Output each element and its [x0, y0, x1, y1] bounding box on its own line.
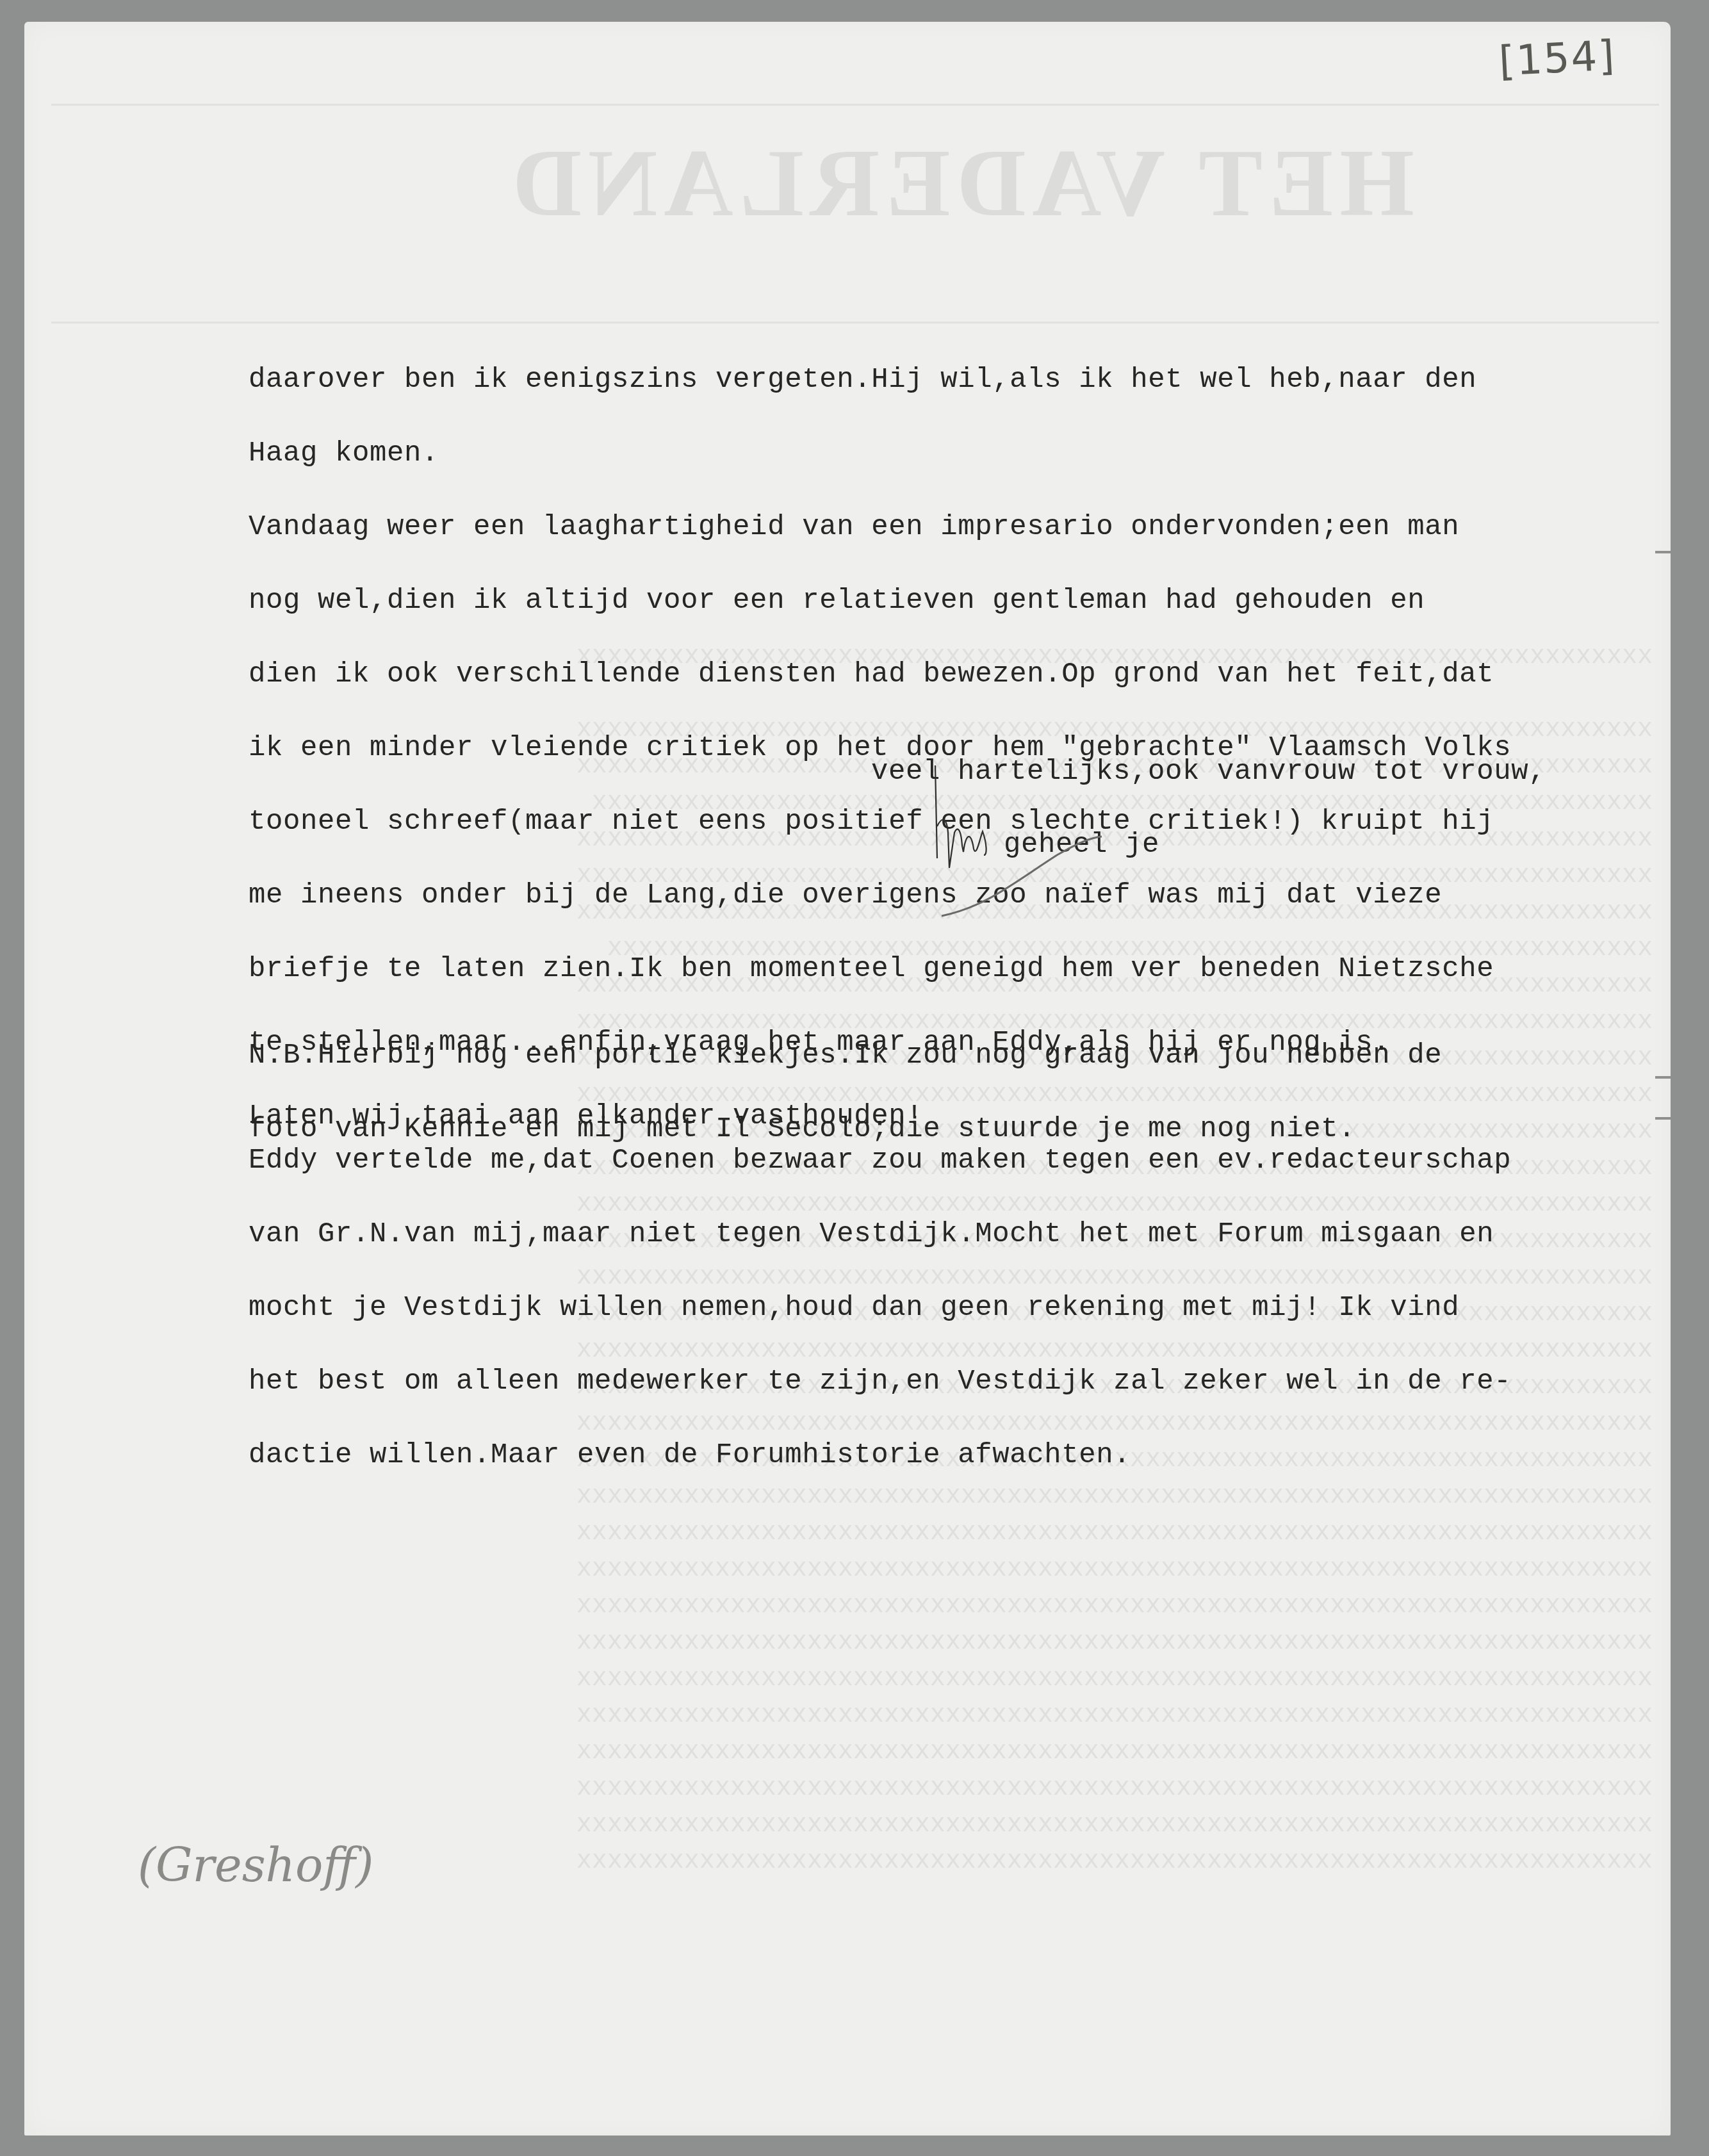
text-line: van Gr.N.van mij,maar niet tegen Vestdij… — [249, 1216, 1511, 1254]
postscript-forum-paragraph: Eddy vertelde me,dat Coenen bezwaar zou … — [249, 1106, 1511, 1511]
text-line: N.B.Hierbij nog een portie kiekjes.Ik zo… — [249, 1038, 1442, 1075]
paper-tear — [1655, 1117, 1674, 1120]
text-line: dien ik ook verschillende diensten had b… — [249, 657, 1511, 694]
text-line: Haag komen. — [249, 436, 1511, 473]
text-line: Vandaag weer een laaghartigheid van een … — [249, 509, 1511, 546]
handwritten-signature — [916, 756, 1172, 922]
text-line: dactie willen.Maar even de Forumhistorie… — [249, 1437, 1511, 1474]
paper-tear — [1655, 551, 1674, 553]
letterhead-rule — [51, 322, 1659, 323]
text-line: daarover ben ik eenigszins vergeten.Hij … — [249, 362, 1511, 399]
text-line: mocht je Vestdijk willen nemen,houd dan … — [249, 1290, 1511, 1327]
letterhead-rule — [51, 104, 1659, 106]
text-line: Eddy vertelde me,dat Coenen bezwaar zou … — [249, 1143, 1511, 1180]
paper-tear — [1655, 1076, 1674, 1079]
letterhead-showthrough: HET VADERLAND — [506, 128, 1414, 238]
archive-page-number: [154] — [1498, 32, 1617, 85]
pencil-annotation: (Greshoff) — [138, 1838, 373, 1892]
text-line: briefje te laten zien.Ik ben momenteel g… — [249, 951, 1511, 988]
text-line: nog wel,dien ik altijd voor een relatiev… — [249, 583, 1511, 620]
text-line: het best om alleen medewerker te zijn,en… — [249, 1364, 1511, 1401]
